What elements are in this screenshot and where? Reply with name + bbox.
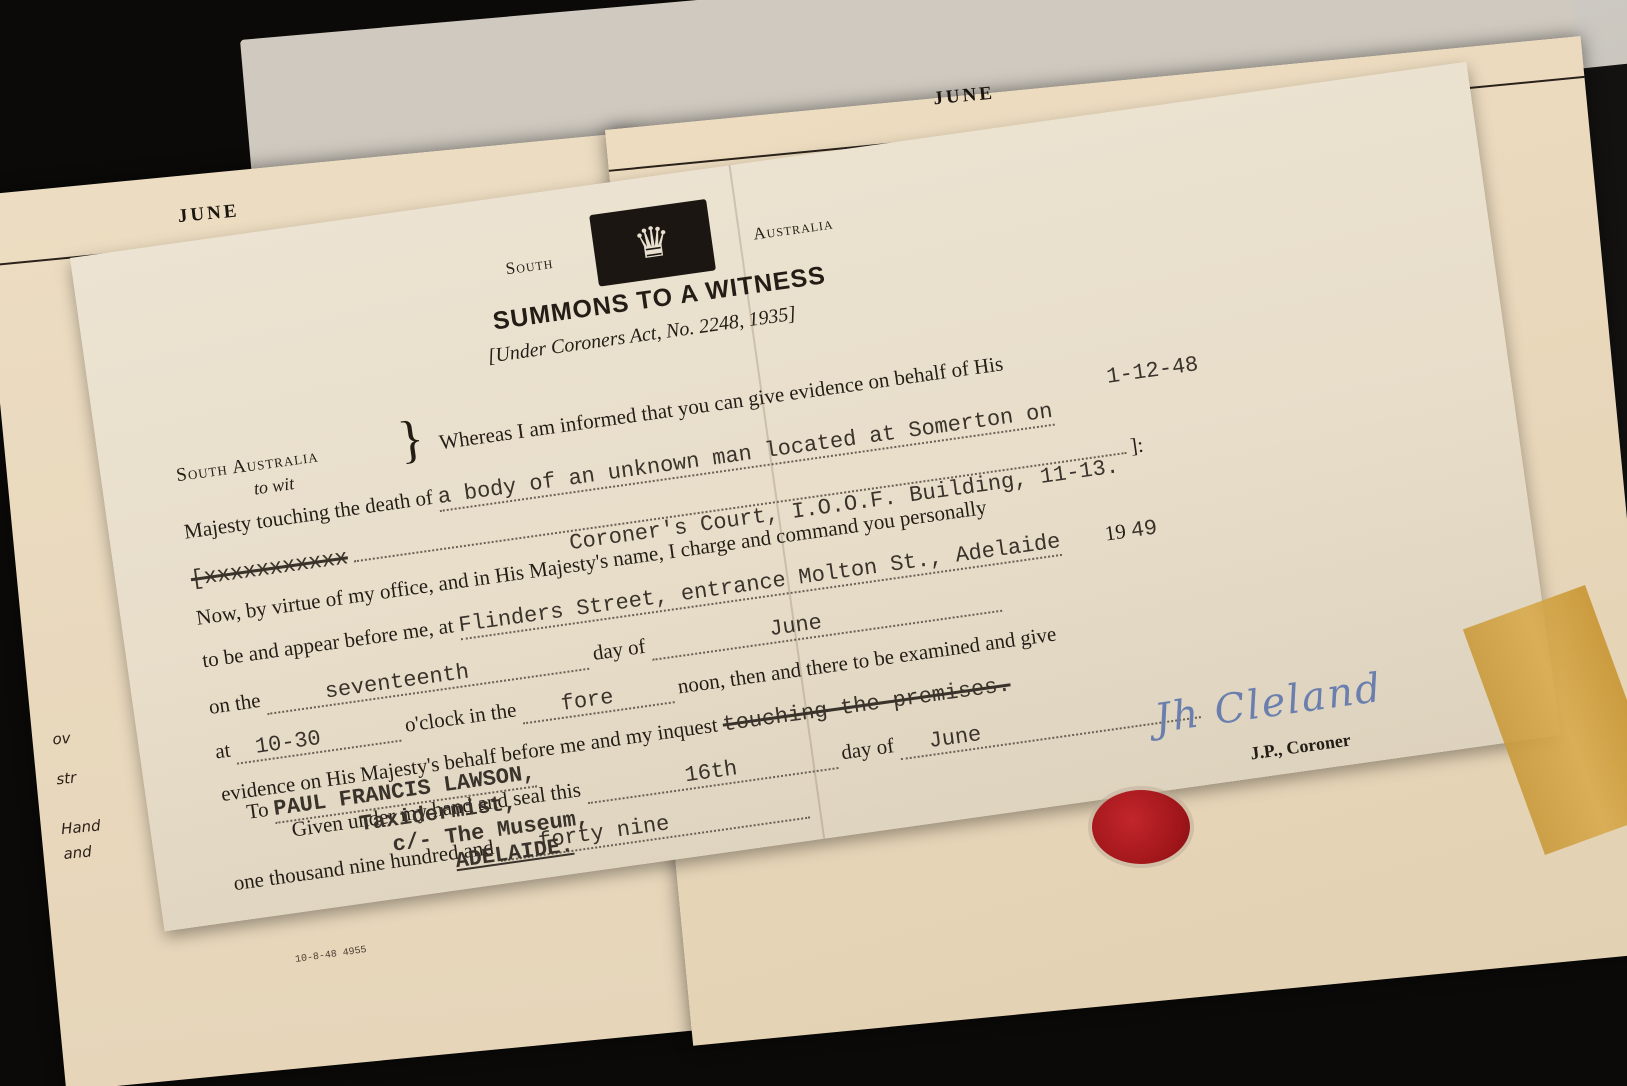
- date-found-value: 1-12-48: [1105, 352, 1200, 390]
- header-south: South: [504, 253, 554, 279]
- margin-note: str: [55, 769, 77, 789]
- at-label: at: [213, 738, 231, 764]
- struck-text: [xxxxxxxxxxx: [189, 545, 349, 592]
- oclock-label: o'clock in the: [403, 697, 517, 736]
- jurisdiction: South Australia: [175, 445, 320, 487]
- on-the-label: on the: [207, 688, 262, 719]
- to-label: To: [245, 797, 270, 824]
- bracket-close: ]:: [1129, 433, 1145, 459]
- given-day-of-label: day of: [840, 733, 896, 764]
- year-prefix: 19: [1103, 519, 1127, 546]
- margin-note: ov: [52, 729, 72, 749]
- header-australia: Australia: [752, 214, 835, 245]
- brace-glyph: }: [395, 409, 428, 471]
- right-page-header: JUNE: [933, 83, 996, 111]
- fore-value: fore: [520, 676, 675, 724]
- coroner-signature: Jh Cleland: [1152, 665, 1386, 743]
- signatory-title: J.P., Coroner: [1249, 730, 1352, 765]
- margin-note: Hand: [60, 816, 101, 838]
- to-wit: to wit: [252, 473, 295, 499]
- death-label: Majesty touching the death of: [183, 485, 435, 544]
- year-value: 49: [1129, 515, 1159, 543]
- day-of-label: day of: [591, 634, 647, 665]
- margin-note: and: [63, 842, 93, 863]
- time-value: 10-30: [234, 715, 402, 765]
- left-page-header: JUNE: [177, 200, 240, 228]
- wax-seal: [1092, 790, 1190, 864]
- coat-of-arms-icon: ♛: [589, 199, 716, 287]
